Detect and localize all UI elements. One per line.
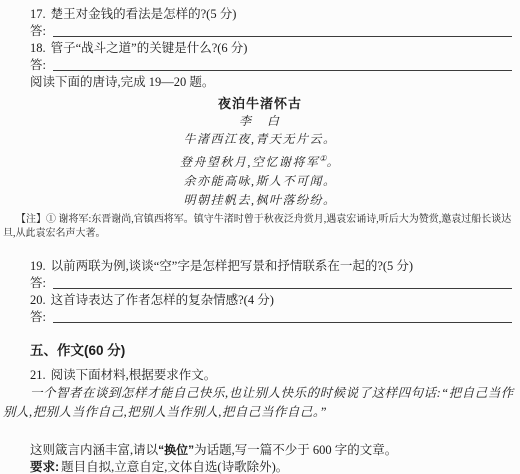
answer-blank-line bbox=[53, 321, 512, 323]
answer-label: 答: bbox=[30, 23, 46, 40]
answer-label: 答: bbox=[30, 309, 46, 326]
question-18-text: 管子“战斗之道”的关键是什么?(6 分) bbox=[51, 41, 248, 55]
poem-annotation: 【注】① 谢将军:东晋谢尚,官镇西将军。镇守牛渚时曾于秋夜泛舟赏月,遇袁宏诵诗,… bbox=[3, 213, 516, 241]
essay-requirements: 要求:题目自拟,立意自定,文体自选(诗歌除外)。 bbox=[30, 459, 520, 474]
question-21: 21.阅读下面材料,根据要求作文。 bbox=[30, 367, 520, 384]
requirements-text: 题目自拟,立意自定,文体自选(诗歌除外)。 bbox=[61, 460, 288, 474]
poem-line-4: 明朝挂帆去,枫叶落纷纷。 bbox=[0, 191, 520, 210]
poem-title: 夜泊牛渚怀古 bbox=[0, 95, 520, 112]
answer-blank-line bbox=[53, 287, 512, 289]
section-5-heading: 五、作文(60 分) bbox=[30, 342, 520, 360]
question-19-number: 19. bbox=[30, 259, 46, 273]
question-18-number: 18. bbox=[30, 41, 46, 55]
question-20: 20.这首诗表达了作者怎样的复杂情感?(4 分) bbox=[30, 292, 520, 309]
question-19-text: 以前两联为例,谈谈“空”字是怎样把写景和抒情联系在一起的?(5 分) bbox=[51, 259, 413, 273]
essay-topic-pre: 这则箴言内涵丰富,请以 bbox=[30, 443, 158, 457]
reading-instruction: 阅读下面的唐诗,完成 19—20 题。 bbox=[30, 74, 520, 91]
poem-line-2: 登舟望秋月,空忆谢将军①。 bbox=[0, 149, 520, 172]
answer-row-19: 答: bbox=[30, 275, 512, 292]
poem-line-2-period: 。 bbox=[327, 155, 341, 169]
essay-material: 一个智者在谈到怎样才能自己快乐,也让别人快乐的时候说了这样四句话:“把自己当作别… bbox=[3, 384, 516, 422]
answer-label: 答: bbox=[30, 275, 46, 292]
answer-blank-line bbox=[53, 69, 512, 71]
question-21-number: 21. bbox=[30, 368, 46, 382]
poem-line-1: 牛渚西江夜,青天无片云。 bbox=[0, 130, 520, 149]
requirements-label: 要求: bbox=[30, 460, 59, 474]
question-19: 19.以前两联为例,谈谈“空”字是怎样把写景和抒情联系在一起的?(5 分) bbox=[30, 258, 520, 275]
essay-topic: 这则箴言内涵丰富,请以“换位”为话题,写一篇不少于 600 字的文章。 bbox=[30, 442, 520, 459]
footnote-marker: ① bbox=[319, 154, 326, 163]
answer-row-18: 答: bbox=[30, 57, 512, 74]
question-20-text: 这首诗表达了作者怎样的复杂情感?(4 分) bbox=[51, 293, 274, 307]
question-17-text: 楚王对金钱的看法是怎样的?(5 分) bbox=[51, 7, 237, 21]
question-20-number: 20. bbox=[30, 293, 46, 307]
poem-line-2-text: 登舟望秋月,空忆谢将军 bbox=[180, 155, 320, 169]
poem-author: 李 白 bbox=[0, 112, 520, 130]
question-21-text: 阅读下面材料,根据要求作文。 bbox=[51, 368, 217, 382]
exam-page: 17.楚王对金钱的看法是怎样的?(5 分) 答: 18.管子“战斗之道”的关键是… bbox=[0, 0, 520, 474]
answer-label: 答: bbox=[30, 57, 46, 74]
poem-line-3: 余亦能高咏,斯人不可闻。 bbox=[0, 172, 520, 191]
question-17-number: 17. bbox=[30, 7, 46, 21]
question-18: 18.管子“战斗之道”的关键是什么?(6 分) bbox=[30, 40, 520, 57]
question-17: 17.楚王对金钱的看法是怎样的?(5 分) bbox=[30, 6, 520, 23]
answer-row-20: 答: bbox=[30, 309, 512, 326]
essay-topic-post: 为话题,写一篇不少于 600 字的文章。 bbox=[194, 443, 397, 457]
answer-row-17: 答: bbox=[30, 23, 512, 40]
answer-blank-line bbox=[53, 35, 512, 37]
essay-topic-keyword: “换位” bbox=[158, 443, 194, 457]
